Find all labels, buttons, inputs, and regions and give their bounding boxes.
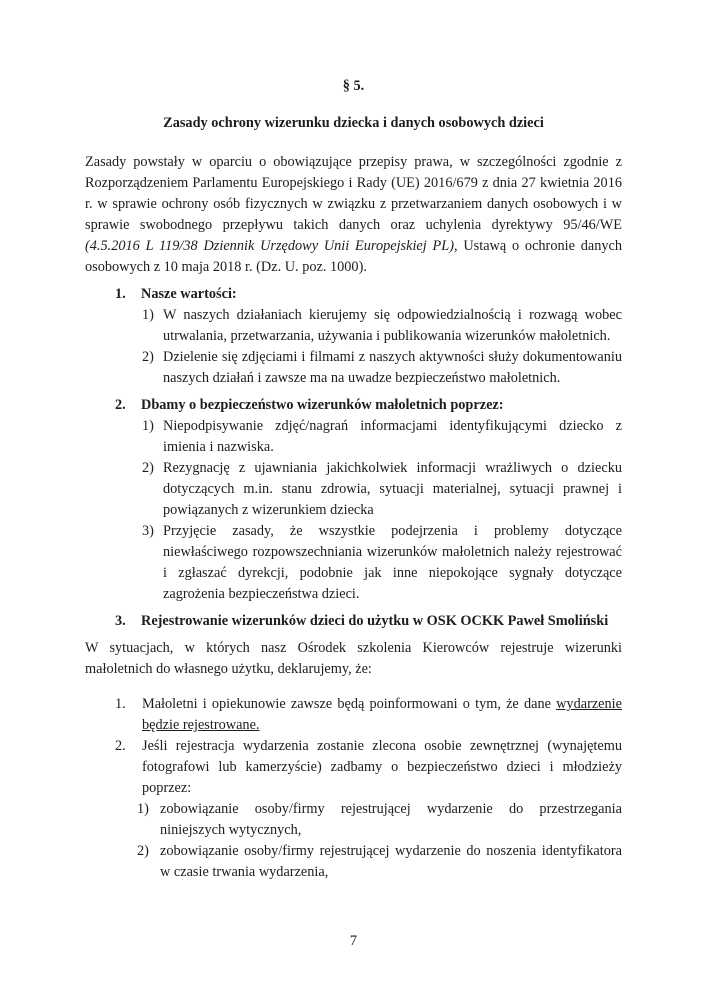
section-mark: § 5. [85, 76, 622, 97]
declaration-item-2-number: 2. [115, 736, 126, 757]
section-2-item-1: 1) Niepodpisywanie zdjęć/nagrań informac… [85, 416, 622, 458]
declaration-item-2-subitem-1: 1) zobowiązanie osoby/firmy rejestrujące… [85, 799, 622, 841]
declaration-item-2-subitem-1-number: 1) [137, 799, 149, 820]
intro-text-before: Zasady powstały w oparciu o obowiązujące… [85, 154, 622, 233]
section-1-title: Nasze wartości: [141, 286, 237, 302]
section-1-number: 1. [115, 284, 126, 305]
declaration-item-2-subitem-2-text: zobowiązanie osoby/firmy rejestrującej w… [160, 843, 622, 880]
section-1-item-1-text: W naszych działaniach kierujemy się odpo… [163, 307, 622, 344]
declaration-item-2-text: Jeśli rejestracja wydarzenia zostanie zl… [142, 738, 622, 796]
declaration-item-2-subitem-1-text: zobowiązanie osoby/firmy rejestrującej w… [160, 801, 622, 838]
section-3-title: Rejestrowanie wizerunków dzieci do użytk… [141, 613, 608, 629]
section-2-item-3-text: Przyjęcie zasady, że wszystkie podejrzen… [163, 523, 622, 602]
declaration-item-2: 2. Jeśli rejestracja wydarzenia zostanie… [85, 736, 622, 799]
document-title: Zasady ochrony wizerunku dziecka i danyc… [85, 113, 622, 134]
document-page: § 5. Zasady ochrony wizerunku dziecka i … [0, 0, 707, 1000]
declaration-item-2-subitem-2: 2) zobowiązanie osoby/firmy rejestrujące… [85, 841, 622, 883]
declaration-intro-paragraph: W sytuacjach, w których nasz Ośrodek szk… [85, 638, 622, 680]
section-1-heading: 1. Nasze wartości: [85, 284, 622, 305]
section-1-item-1: 1) W naszych działaniach kierujemy się o… [85, 305, 622, 347]
section-2-item-3: 3) Przyjęcie zasady, że wszystkie podejr… [85, 521, 622, 605]
section-2-number: 2. [115, 395, 126, 416]
intro-paragraph: Zasady powstały w oparciu o obowiązujące… [85, 152, 622, 278]
section-1-item-1-number: 1) [142, 305, 154, 326]
section-2-heading: 2. Dbamy o bezpieczeństwo wizerunków mał… [85, 395, 622, 416]
declaration-item-1-number: 1. [115, 694, 126, 715]
section-3-heading: 3. Rejestrowanie wizerunków dzieci do uż… [85, 611, 622, 632]
section-2-item-3-number: 3) [142, 521, 154, 542]
section-2-item-1-text: Niepodpisywanie zdjęć/nagrań informacjam… [163, 418, 622, 455]
intro-citation-italic: (4.5.2016 L 119/38 Dziennik Urzędowy Uni… [85, 238, 454, 254]
section-2-item-2: 2) Rezygnację z ujawniania jakichkolwiek… [85, 458, 622, 521]
section-2-item-2-number: 2) [142, 458, 154, 479]
declaration-list: 1. Małoletni i opiekunowie zawsze będą p… [85, 694, 622, 883]
section-3-number: 3. [115, 611, 126, 632]
section-1-item-2-number: 2) [142, 347, 154, 368]
section-1-item-2: 2) Dzielenie się zdjęciami i filmami z n… [85, 347, 622, 389]
page-number: 7 [0, 931, 707, 952]
declaration-item-1: 1. Małoletni i opiekunowie zawsze będą p… [85, 694, 622, 736]
section-2-item-2-text: Rezygnację z ujawniania jakichkolwiek in… [163, 460, 622, 518]
section-2-title: Dbamy o bezpieczeństwo wizerunków małole… [141, 397, 504, 413]
declaration-item-2-subitem-2-number: 2) [137, 841, 149, 862]
section-1-item-2-text: Dzielenie się zdjęciami i filmami z nasz… [163, 349, 622, 386]
section-2-item-1-number: 1) [142, 416, 154, 437]
declaration-item-1-text: Małoletni i opiekunowie zawsze będą poin… [142, 696, 556, 712]
